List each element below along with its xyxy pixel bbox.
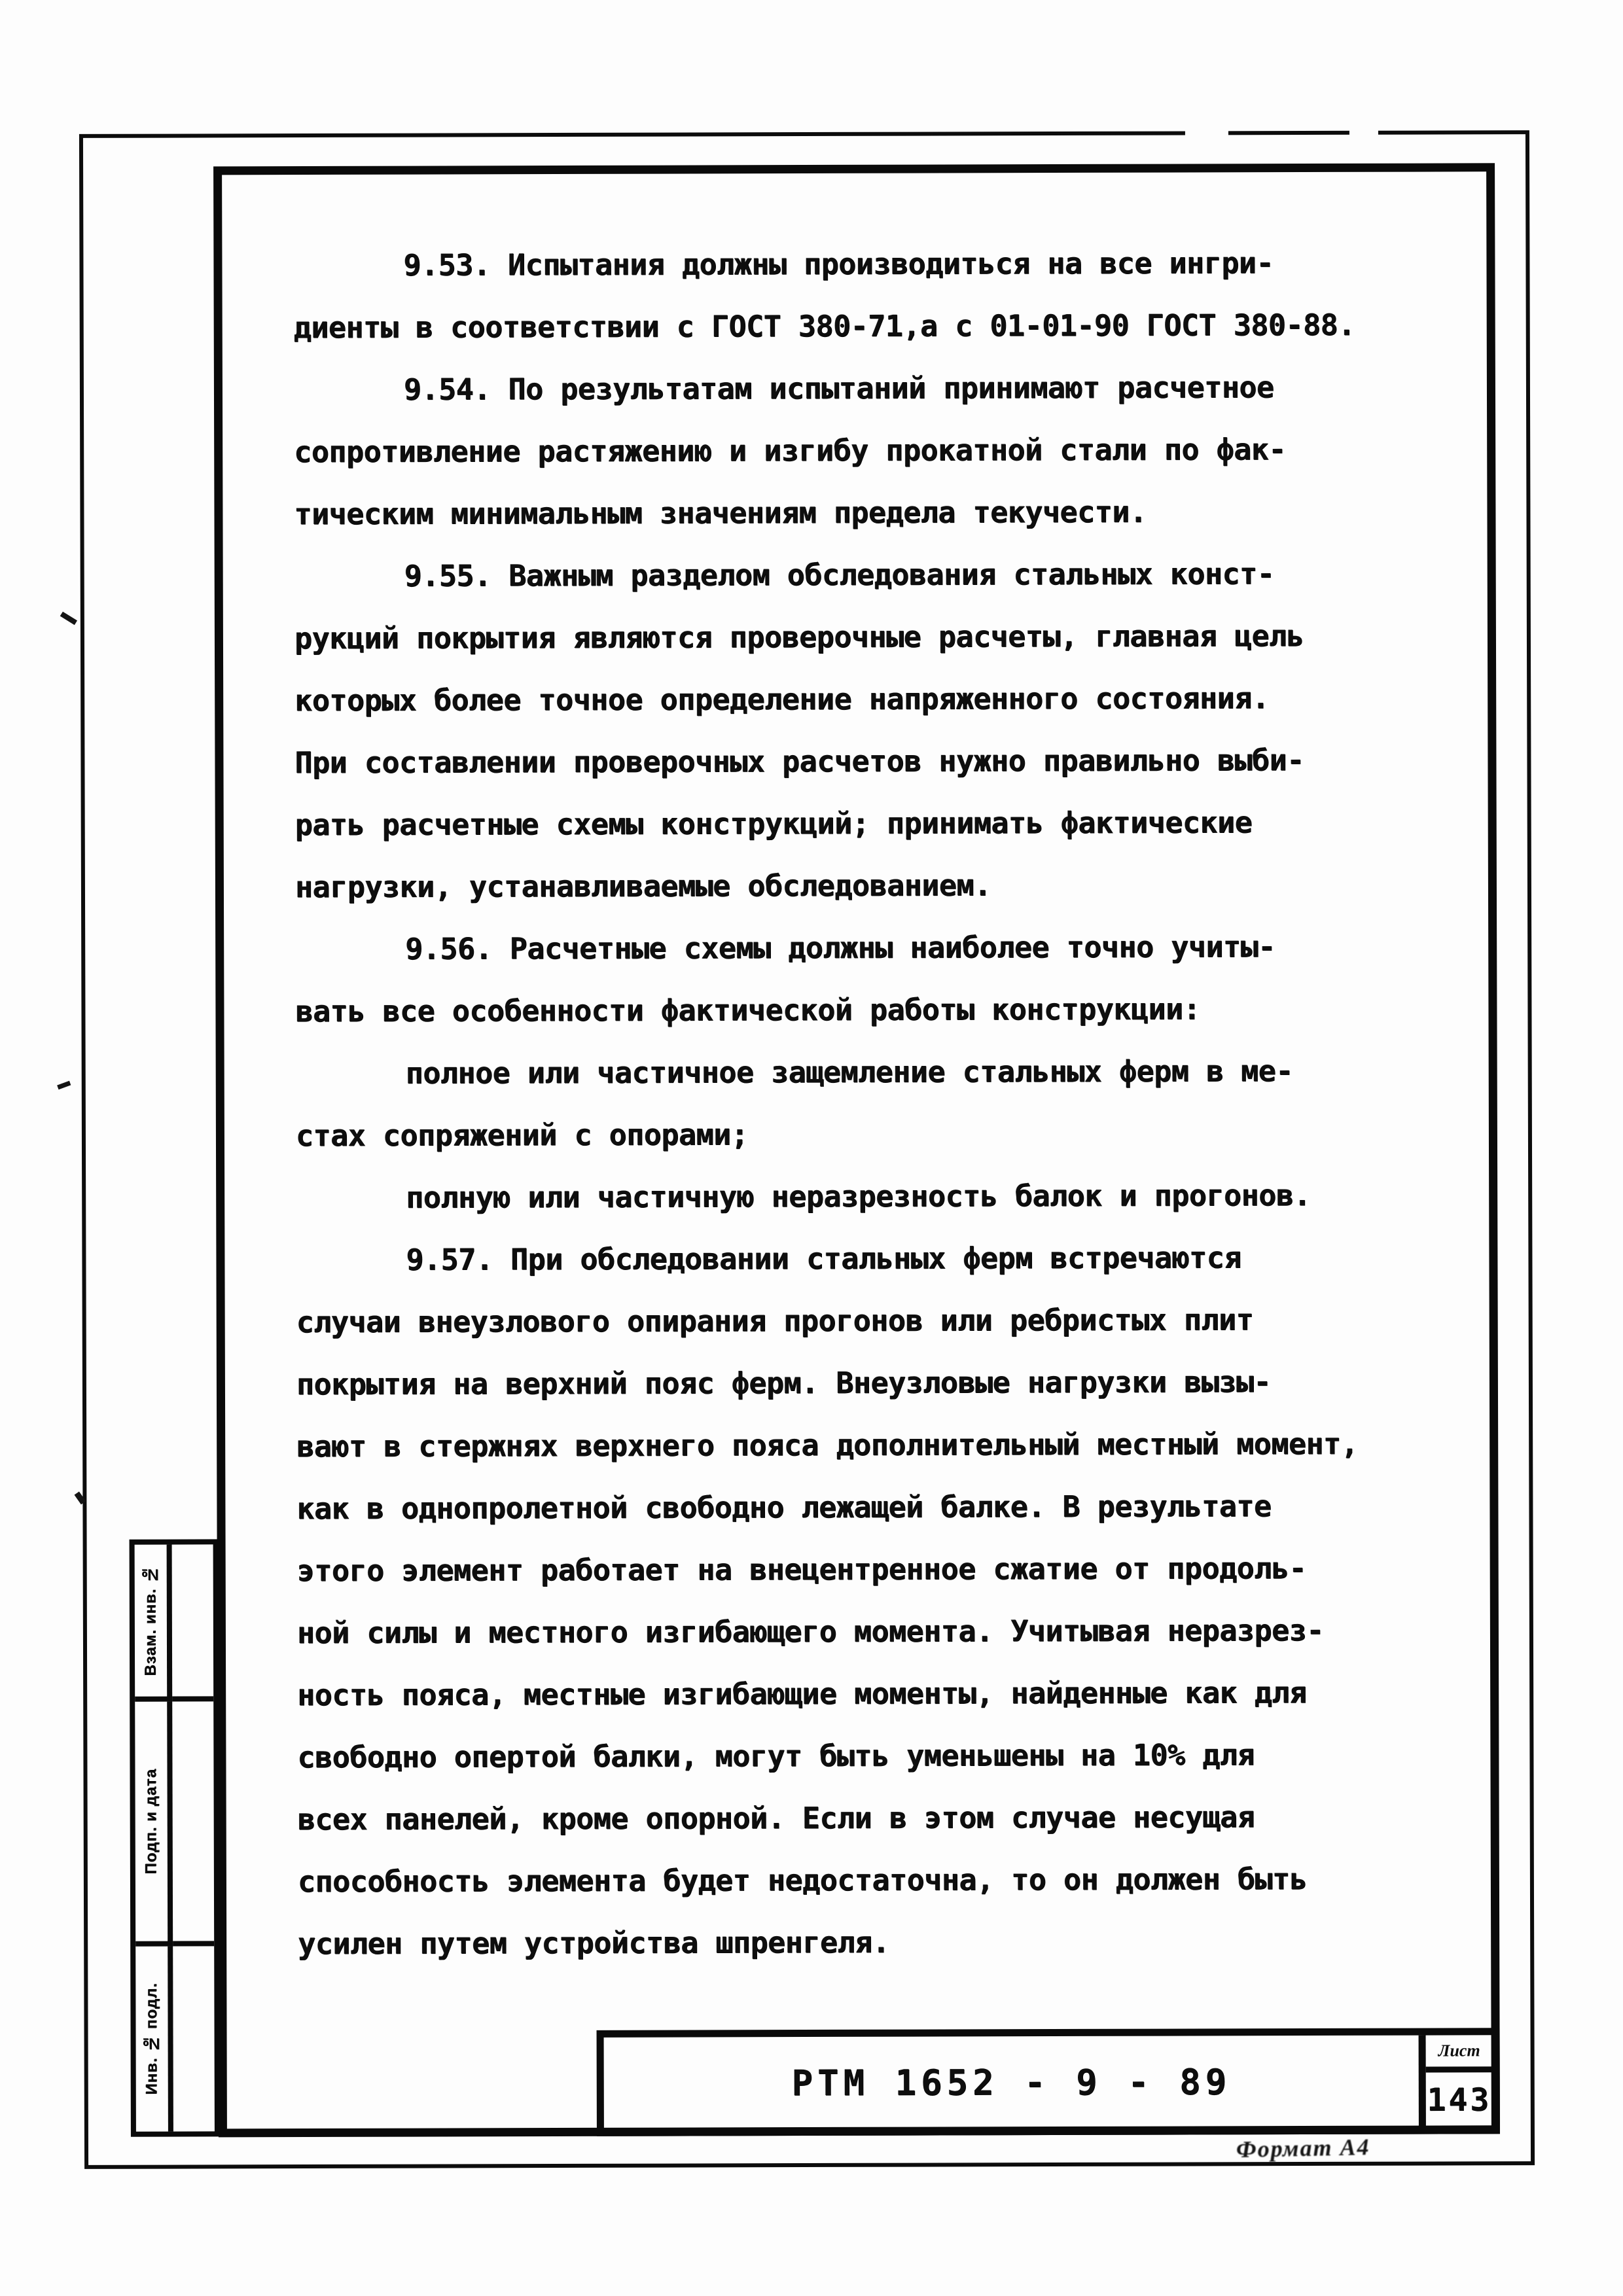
- text-line: ной силы и местного изгибающего момента.…: [297, 1598, 1475, 1664]
- text-line: способность элемента будет недостаточна,…: [298, 1847, 1476, 1913]
- side-stamp-cell-vzam-inv: Взам. инв. №: [135, 1545, 173, 1702]
- sheet-number-cell: 143: [1426, 2072, 1493, 2127]
- text-line: нагрузки, устанавливаемые обследованием.: [295, 853, 1473, 918]
- sheet-label-cell: Лист: [1426, 2035, 1493, 2072]
- side-stamp-block: Взам. инв. № Подп. и дата Инв. № подл.: [130, 1539, 220, 2136]
- text-line: 9.56. Расчетные схемы должны наиболее то…: [295, 915, 1473, 980]
- sheet-column: Лист 143: [1419, 2035, 1493, 2127]
- text-line: 9.53. Испытания должны производиться на …: [293, 231, 1471, 296]
- text-line: 9.57. При обследовании стальных ферм вст…: [296, 1226, 1474, 1291]
- doc-number-cell: РТМ 1652 - 9 - 89: [604, 2036, 1419, 2129]
- text-line: ность пояса, местные изгибающие моменты,…: [297, 1661, 1475, 1726]
- side-stamp-cell-empty: [172, 1701, 214, 1946]
- text-line: вать все особенности фактической работы …: [295, 977, 1473, 1042]
- side-stamp-label: Инв. № подл.: [135, 1947, 168, 2132]
- side-stamp-cell-podp-data: Подп. и дата: [135, 1702, 173, 1947]
- side-stamp-cell-empty: [173, 1946, 215, 2131]
- text-line: этого элемент работает на внецентренное …: [297, 1536, 1475, 1602]
- text-line: диенты в соответствии с ГОСТ 380-71,а с …: [294, 293, 1472, 359]
- scan-content: 9.53. Испытания должны производиться на …: [0, 0, 1623, 2296]
- document-body: 9.53. Испытания должны производиться на …: [293, 231, 1476, 1975]
- title-block: РТМ 1652 - 9 - 89 Лист 143: [597, 2028, 1500, 2136]
- text-line: рать расчетные схемы конструкций; приним…: [295, 790, 1473, 856]
- text-line: как в однопролетной свободно лежащей бал…: [296, 1474, 1474, 1540]
- text-line: сопротивление растяжению и изгибу прокат…: [294, 417, 1472, 483]
- side-stamp-cell-empty: [172, 1544, 214, 1701]
- text-line: свободно опертой балки, могут быть умень…: [297, 1723, 1475, 1788]
- scanned-document-page: 9.53. Испытания должны производиться на …: [0, 0, 1623, 2296]
- text-line: При составлении проверочных расчетов нуж…: [294, 728, 1472, 794]
- text-line: тическим минимальным значениям предела т…: [294, 480, 1472, 545]
- scan-speck: [60, 612, 77, 626]
- text-line: случаи внеузлового опирания прогонов или…: [296, 1288, 1474, 1353]
- text-line: полную или частичную неразрезность балок…: [296, 1163, 1474, 1229]
- text-line: покрытия на верхний пояс ферм. Внеузловы…: [296, 1350, 1474, 1415]
- text-line: которых более точное определение напряже…: [294, 666, 1472, 732]
- text-line: 9.55. Важным разделом обследования сталь…: [294, 542, 1472, 607]
- text-line: всех панелей, кроме опорной. Если в этом…: [298, 1785, 1476, 1850]
- scan-speck: [57, 1081, 71, 1089]
- text-line: рукций покрытия являются проверочные рас…: [294, 604, 1472, 669]
- side-stamp-cell-inv-podl: Инв. № подл.: [135, 1947, 173, 2132]
- text-line: стах сопряжений с опорами;: [296, 1101, 1474, 1167]
- scan-break-artifact: [1349, 130, 1378, 137]
- format-note: Формат А4: [1236, 2133, 1370, 2163]
- side-stamp-label: Подп. и дата: [135, 1702, 168, 1941]
- text-line: усилен путем устройства шпренгеля.: [298, 1909, 1476, 1975]
- text-line: 9.54. По результатам испытаний принимают…: [294, 355, 1472, 421]
- text-line: вают в стержнях верхнего пояса дополните…: [296, 1412, 1474, 1477]
- side-stamp-label: Взам. инв. №: [135, 1545, 168, 1697]
- scan-break-artifact: [1185, 130, 1228, 137]
- text-line: полное или частичное защемление стальных…: [296, 1039, 1474, 1104]
